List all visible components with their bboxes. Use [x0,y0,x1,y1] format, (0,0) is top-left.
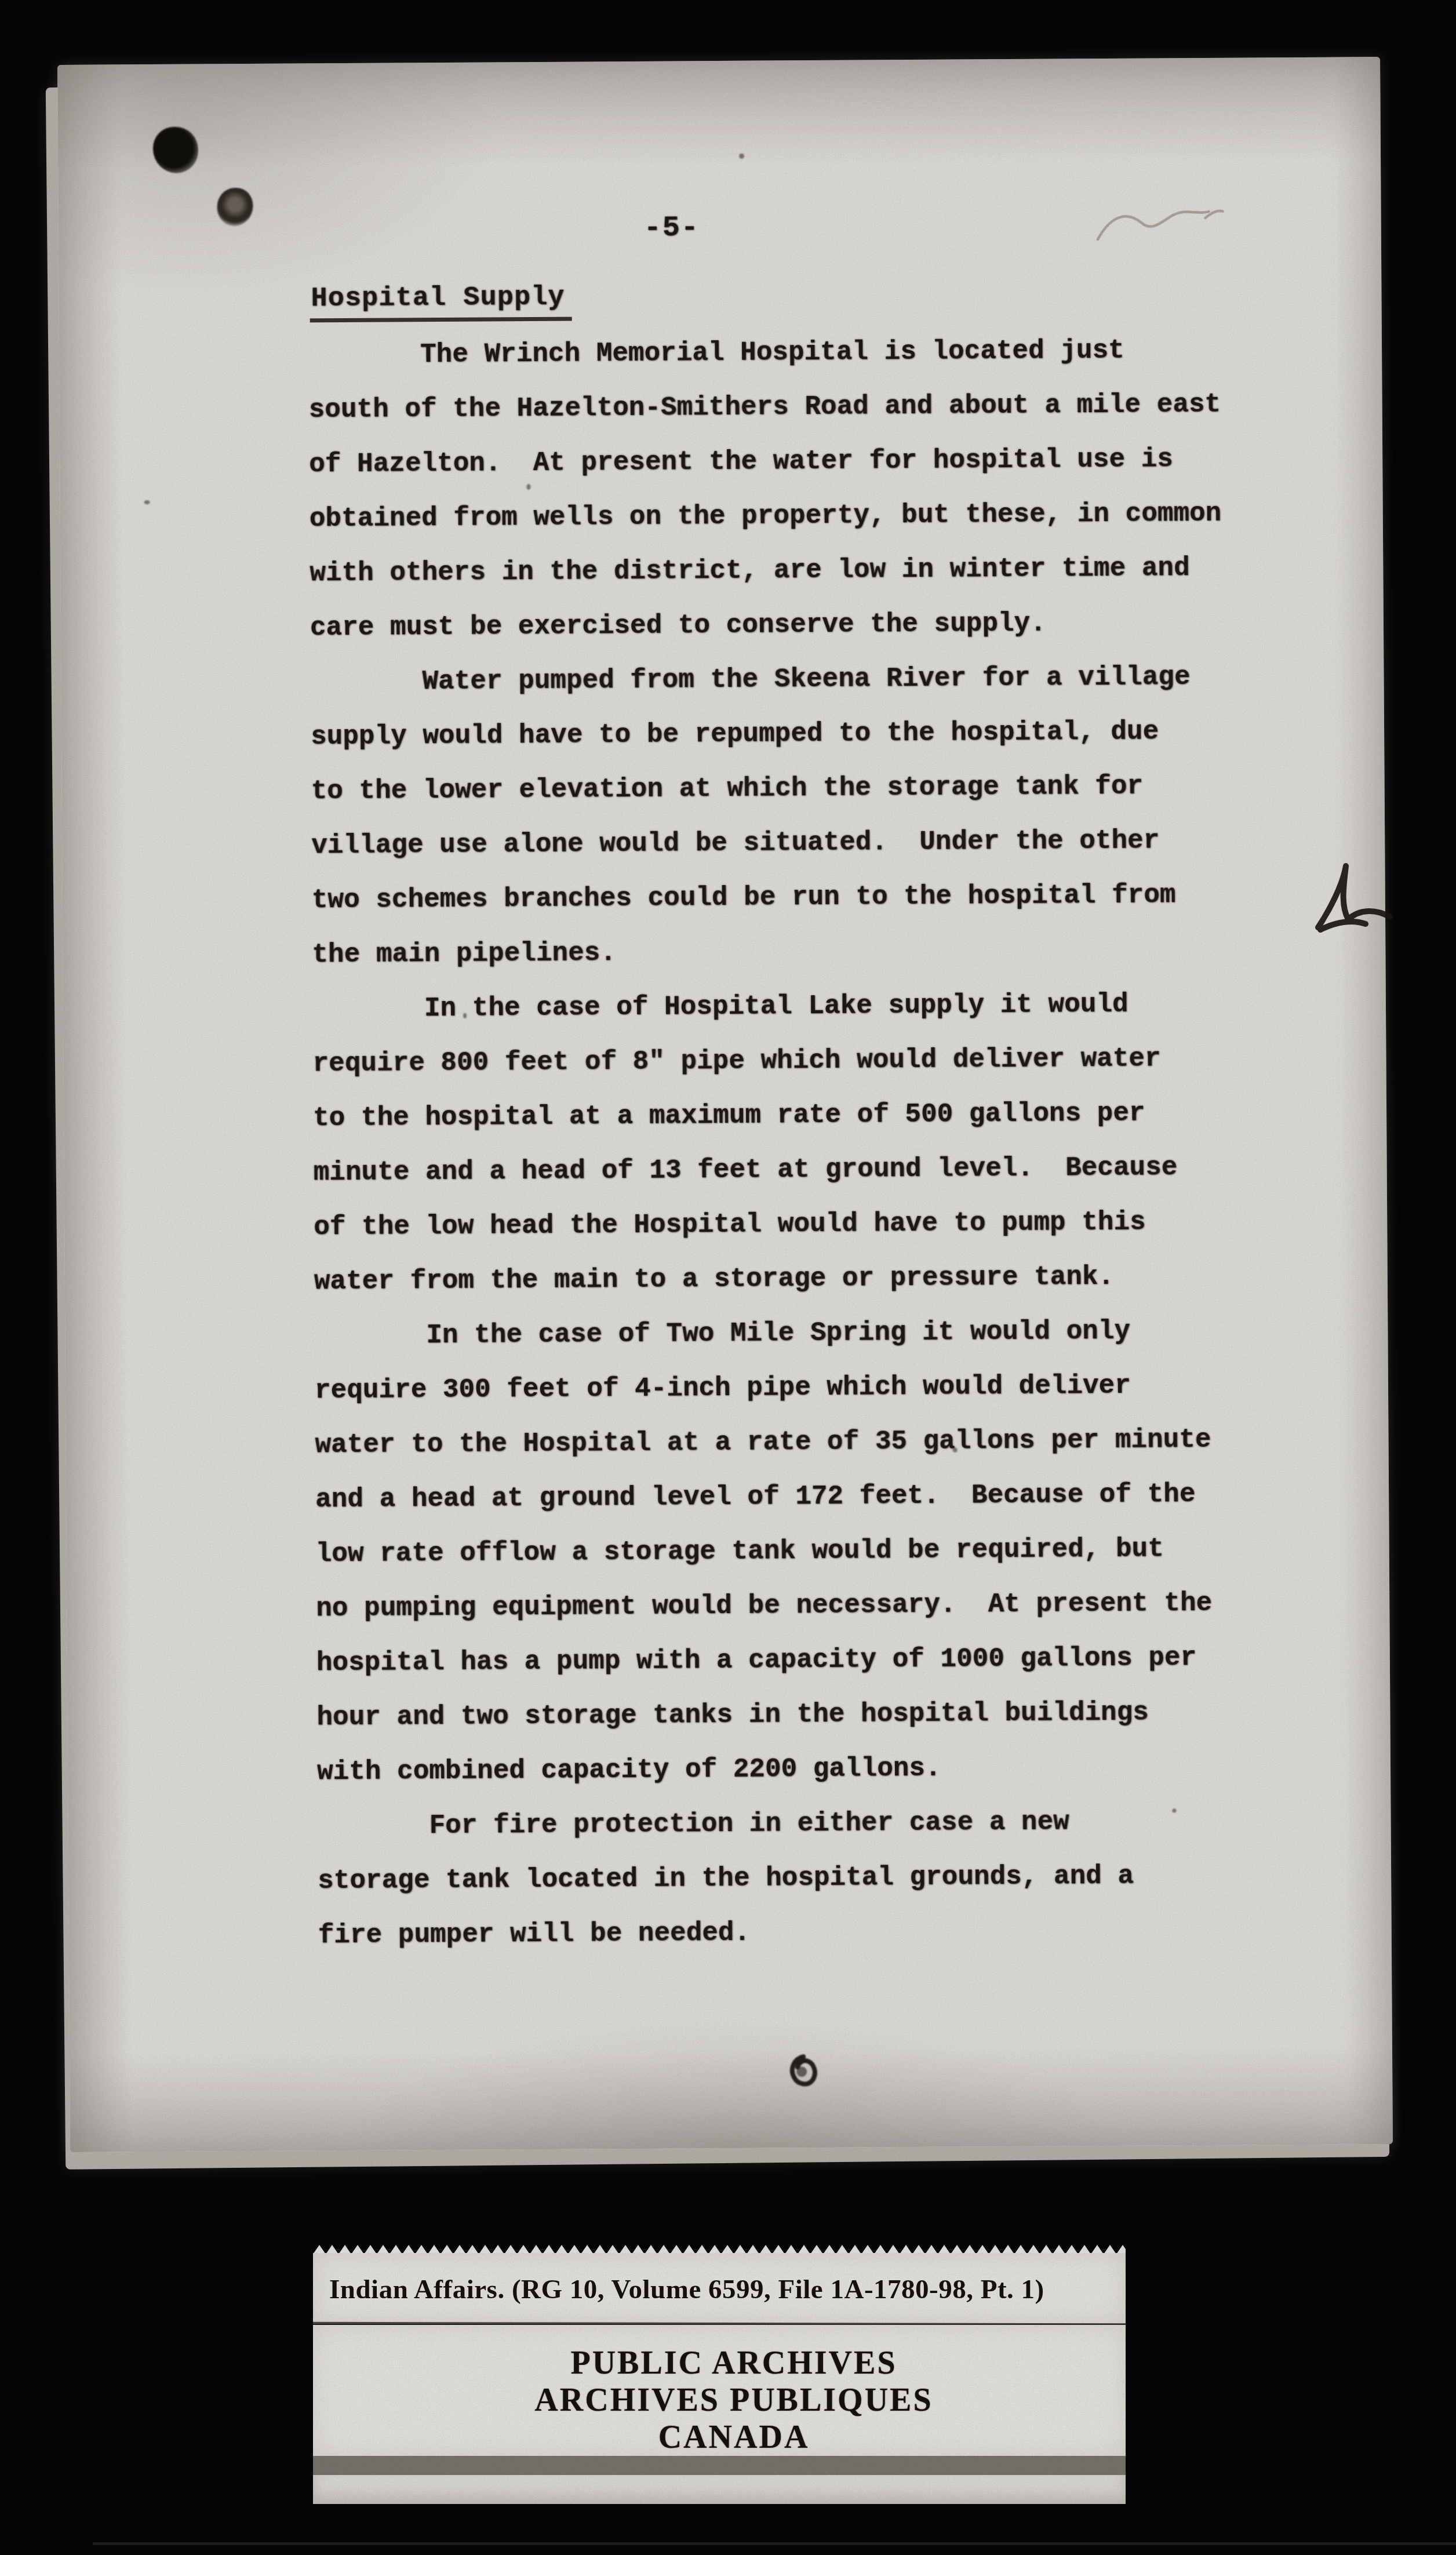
typed-line: two schemes branches could be run to the… [312,879,1327,940]
ink-blot-icon [217,188,253,226]
public-archives-stamp: PUBLIC ARCHIVESARCHIVES PUBLIQUESCANADA [313,2325,1126,2456]
typed-line: care must be exercised to conserve the s… [310,607,1325,668]
scanned-page: -5- Hospital Supply The Wrinch Memorial … [57,57,1393,2152]
typed-line: south of the Hazelton-Smithers Road and … [309,389,1324,450]
film-streak [93,2542,1456,2545]
typed-line: to the lower elevation at which the stor… [311,770,1326,831]
section-heading: Hospital Supply [310,282,572,323]
typed-line: hour and two storage tanks in the hospit… [316,1697,1331,1757]
ink-blot-icon [153,127,198,173]
typed-line: low rate offlow a storage tank would be … [316,1533,1331,1594]
typed-line: obtained from wells on the property, but… [310,498,1324,559]
typed-line: water to the Hospital at a rate of 35 ga… [315,1424,1330,1485]
typed-line: require 300 feet of 4-inch pipe which wo… [315,1370,1330,1431]
typed-line: with combined capacity of 2200 gallons. [317,1751,1332,1812]
typed-line: the main pipelines. [312,934,1327,995]
typed-line: For fire protection in either case a new [317,1806,1332,1866]
typed-line: to the hospital at a maximum rate of 500… [313,1097,1328,1158]
typed-line: fire pumper will be needed. [318,1915,1333,1975]
typed-line: hospital has a pump with a capacity of 1… [316,1642,1331,1703]
typed-line: of the low head the Hospital would have … [314,1206,1328,1267]
dust-speck [739,154,744,159]
ink-mark-icon [786,2053,821,2094]
page-number: -5- [644,212,700,245]
archive-caption-card: Indian Affairs. (RG 10, Volume 6599, Fil… [313,2245,1126,2504]
typed-line: and a head at ground level of 172 feet. … [315,1479,1330,1539]
stamp-line: CANADA [369,2419,1099,2456]
grey-band [313,2456,1126,2475]
typed-line: water from the main to a storage or pres… [314,1261,1329,1322]
file-reference-strip: Indian Affairs. (RG 10, Volume 6599, Fil… [313,2253,1126,2324]
file-reference: Indian Affairs. (RG 10, Volume 6599, Fil… [329,2253,1044,2324]
typed-line: require 800 feet of 8" pipe which would … [312,1043,1327,1104]
ink-scribble-icon [1309,859,1402,946]
typed-line: no pumping equipment would be necessary.… [316,1588,1331,1648]
card-footer-strip [313,2475,1126,2504]
typed-line: village use alone would be situated. Und… [311,825,1326,886]
typed-line: minute and a head of 13 feet at ground l… [314,1152,1328,1213]
typed-line: of Hazelton. At present the water for ho… [309,443,1324,504]
typed-body: The Wrinch Memorial Hospital is located … [308,334,1333,1975]
typed-line: Water pumped from the Skeena River for a… [310,661,1325,722]
stamp-line: ARCHIVES PUBLIQUES [369,2382,1099,2419]
typed-line: In the case of Hospital Lake supply it w… [312,988,1327,1049]
stamp-line: PUBLIC ARCHIVES [369,2345,1099,2382]
dust-speck [144,500,150,504]
typed-line: storage tank located in the hospital gro… [318,1860,1333,1921]
stamp-text-block: PUBLIC ARCHIVESARCHIVES PUBLIQUESCANADA [369,2345,1099,2456]
typed-line: In the case of Two Mile Spring it would … [314,1315,1329,1376]
pencil-scribble-icon [1093,197,1226,261]
typed-line: supply would have to be repumped to the … [311,716,1326,777]
microfilm-frame: -5- Hospital Supply The Wrinch Memorial … [0,0,1456,2555]
typed-line: with others in the district, are low in … [310,552,1324,613]
typed-line: The Wrinch Memorial Hospital is located … [308,334,1323,395]
